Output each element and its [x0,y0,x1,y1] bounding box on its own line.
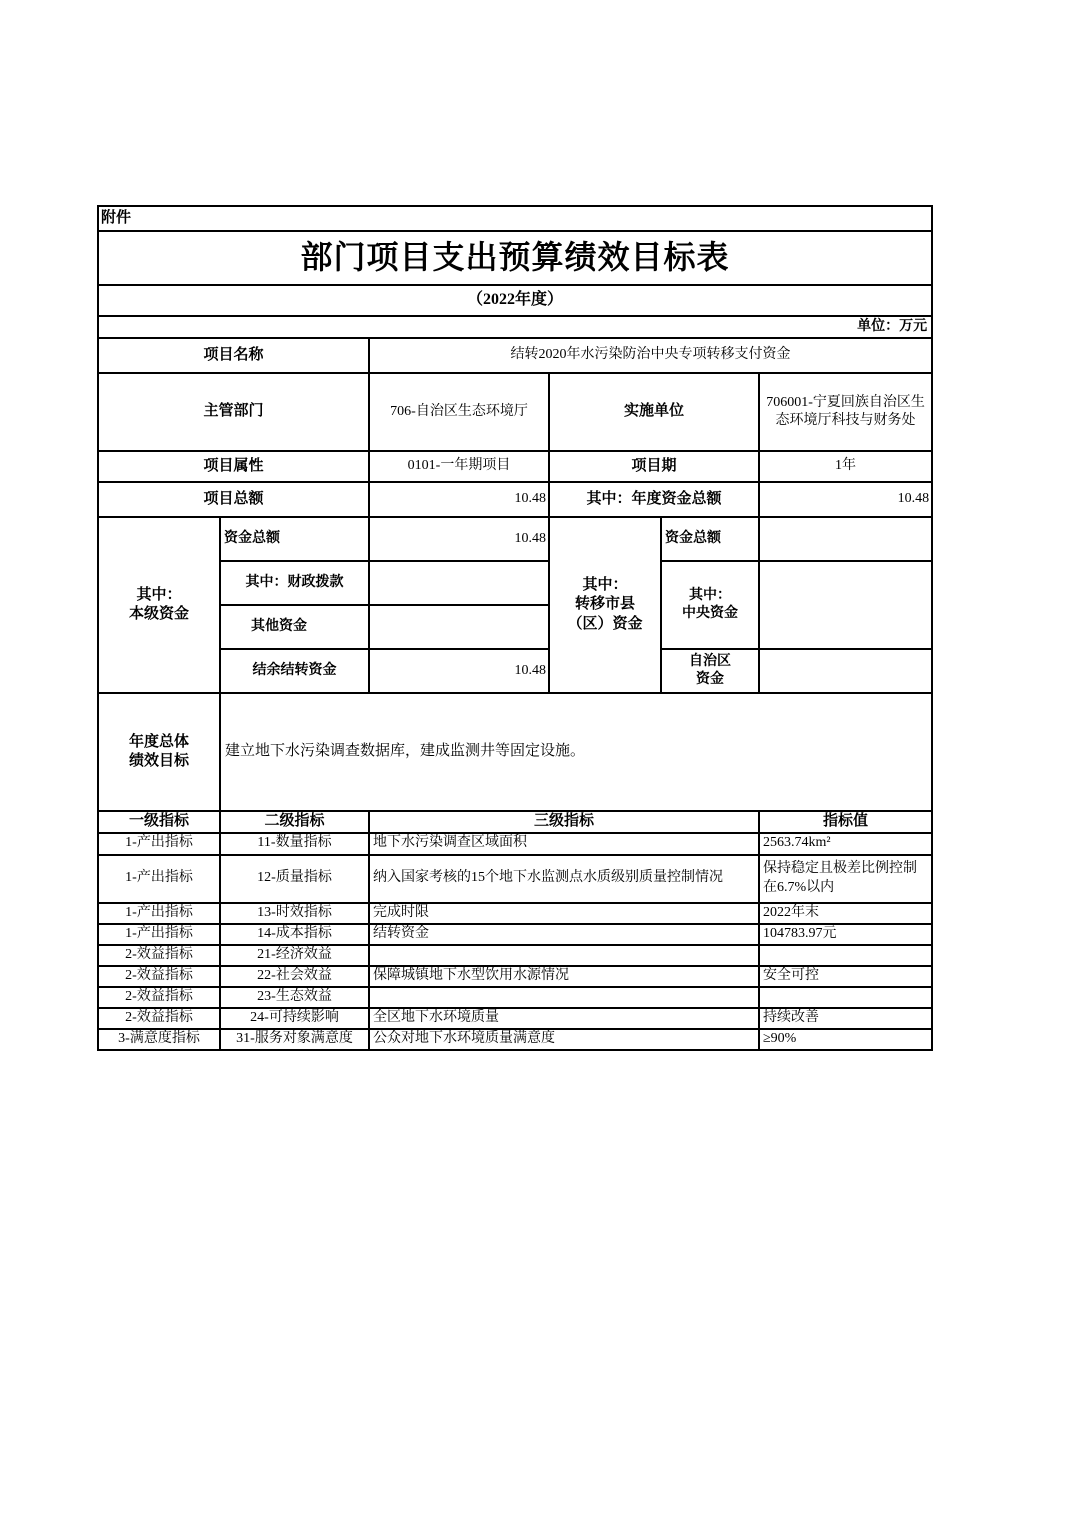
indicator-cell: 保障城镇地下水型饮用水源情况 [369,966,759,987]
indicator-header-level2: 二级指标 [220,811,369,833]
indicator-row: 2-效益指标 24-可持续影响 全区地下水环境质量 持续改善 [98,1008,932,1029]
indicator-cell: 12-质量指标 [220,855,369,903]
indicator-cell: 22-社会效益 [220,966,369,987]
project-name-label: 项目名称 [98,338,369,373]
fund-own-value-1: 10.48 [369,517,549,561]
indicator-cell: 21-经济效益 [220,945,369,966]
dept-value: 706-自治区生态环境厅 [369,373,549,451]
indicator-row: 1-产出指标 11-数量指标 地下水污染调查区域面积 2563.74km² [98,833,932,855]
project-name-row: 项目名称 结转2020年水污染防治中央专项转移支付资金 [98,338,932,373]
fund-own-value-2 [369,561,549,605]
budget-performance-form: 附件 部门项目支出预算绩效目标表 （2022年度） 单位：万元 项目名称 结转2… [97,205,933,1051]
indicator-row: 2-效益指标 23-生态效益 [98,987,932,1008]
impl-unit-label: 实施单位 [549,373,759,451]
indicator-cell [369,945,759,966]
indicator-cell: 地下水污染调查区域面积 [369,833,759,855]
indicator-cell: 1-产出指标 [98,903,220,924]
form-title: 部门项目支出预算绩效目标表 [98,231,932,285]
fund-transfer-label-3: 自治区 资金 [661,649,759,693]
fund-row-1: 其中： 本级资金 资金总额 10.48 其中： 转移市县 （区）资金 资金总额 [98,517,932,561]
fund-transfer-value-2 [759,561,932,649]
indicator-cell [369,987,759,1008]
indicator-cell: 纳入国家考核的15个地下水监测点水质级别质量控制情况 [369,855,759,903]
impl-unit-value: 706001-宁夏回族自治区生态环境厅科技与财务处 [759,373,932,451]
attachment-label: 附件 [98,206,932,231]
fund-row-2: 其中：财政拨款 其中： 中央资金 [98,561,932,605]
fund-own-header: 其中： 本级资金 [98,517,220,693]
annual-goal-row: 年度总体 绩效目标 建立地下水污染调查数据库，建成监测井等固定设施。 [98,693,932,811]
indicator-cell: 14-成本指标 [220,924,369,945]
indicator-cell: 保持稳定且极差比例控制在6.7%以内 [759,855,932,903]
indicator-cell [759,945,932,966]
indicator-row: 1-产出指标 14-成本指标 结转资金 104783.97元 [98,924,932,945]
budget-performance-table: 附件 部门项目支出预算绩效目标表 （2022年度） 单位：万元 项目名称 结转2… [97,205,933,1051]
indicator-cell: 完成时限 [369,903,759,924]
indicator-header-level1: 一级指标 [98,811,220,833]
annual-total-label: 其中：年度资金总额 [549,482,759,517]
indicator-header-level3: 三级指标 [369,811,759,833]
fund-own-label-3: 其他资金 [220,605,369,649]
fund-transfer-value-1 [759,517,932,561]
indicator-cell: 安全可控 [759,966,932,987]
fund-row-4: 结余结转资金 10.48 自治区 资金 [98,649,932,693]
indicator-cell: 2563.74km² [759,833,932,855]
fund-own-value-4: 10.48 [369,649,549,693]
form-year: （2022年度） [98,285,932,316]
indicator-cell: 2022年末 [759,903,932,924]
indicator-cell: 2-效益指标 [98,987,220,1008]
annual-total-value: 10.48 [759,482,932,517]
fund-transfer-label-2: 其中： 中央资金 [661,561,759,649]
attribute-row: 项目属性 0101-一年期项目 项目期 1年 [98,451,932,482]
indicator-cell: 13-时效指标 [220,903,369,924]
indicator-cell: 2-效益指标 [98,1008,220,1029]
indicator-cell: 全区地下水环境质量 [369,1008,759,1029]
fund-own-label-2: 其中：财政拨款 [220,561,369,605]
department-row: 主管部门 706-自治区生态环境厅 实施单位 706001-宁夏回族自治区生态环… [98,373,932,451]
fund-transfer-header: 其中： 转移市县 （区）资金 [549,517,661,693]
indicator-cell: 持续改善 [759,1008,932,1029]
total-row: 项目总额 10.48 其中：年度资金总额 10.48 [98,482,932,517]
unit-row: 单位：万元 [98,316,932,338]
fund-own-value-3 [369,605,549,649]
attr-label: 项目属性 [98,451,369,482]
indicator-cell [759,987,932,1008]
title-row: 部门项目支出预算绩效目标表 [98,231,932,285]
total-label: 项目总额 [98,482,369,517]
indicator-row: 1-产出指标 13-时效指标 完成时限 2022年末 [98,903,932,924]
indicator-row: 2-效益指标 22-社会效益 保障城镇地下水型饮用水源情况 安全可控 [98,966,932,987]
indicator-cell: 24-可持续影响 [220,1008,369,1029]
indicator-row: 2-效益指标 21-经济效益 [98,945,932,966]
indicator-cell: 11-数量指标 [220,833,369,855]
indicator-cell: 31-服务对象满意度 [220,1029,369,1050]
indicator-cell: ≥90% [759,1029,932,1050]
goal-text: 建立地下水污染调查数据库，建成监测井等固定设施。 [220,693,932,811]
indicator-header-value: 指标值 [759,811,932,833]
fund-own-label-1: 资金总额 [220,517,369,561]
fund-own-label-4: 结余结转资金 [220,649,369,693]
attachment-row: 附件 [98,206,932,231]
goal-label: 年度总体 绩效目标 [98,693,220,811]
period-label: 项目期 [549,451,759,482]
indicator-cell: 公众对地下水环境质量满意度 [369,1029,759,1050]
total-value: 10.48 [369,482,549,517]
fund-transfer-label-1: 资金总额 [661,517,759,561]
fund-transfer-value-3 [759,649,932,693]
indicator-cell: 1-产出指标 [98,833,220,855]
indicator-cell: 结转资金 [369,924,759,945]
indicator-cell: 23-生态效益 [220,987,369,1008]
attr-value: 0101-一年期项目 [369,451,549,482]
indicator-row: 3-满意度指标 31-服务对象满意度 公众对地下水环境质量满意度 ≥90% [98,1029,932,1050]
indicator-header-row: 一级指标 二级指标 三级指标 指标值 [98,811,932,833]
dept-label: 主管部门 [98,373,369,451]
subtitle-row: （2022年度） [98,285,932,316]
indicator-cell: 2-效益指标 [98,945,220,966]
indicator-cell: 1-产出指标 [98,924,220,945]
unit-note: 单位：万元 [98,316,932,338]
indicator-row: 1-产出指标 12-质量指标 纳入国家考核的15个地下水监测点水质级别质量控制情… [98,855,932,903]
indicator-cell: 2-效益指标 [98,966,220,987]
project-name-value: 结转2020年水污染防治中央专项转移支付资金 [369,338,932,373]
indicator-cell: 104783.97元 [759,924,932,945]
indicator-cell: 3-满意度指标 [98,1029,220,1050]
period-value: 1年 [759,451,932,482]
indicator-cell: 1-产出指标 [98,855,220,903]
